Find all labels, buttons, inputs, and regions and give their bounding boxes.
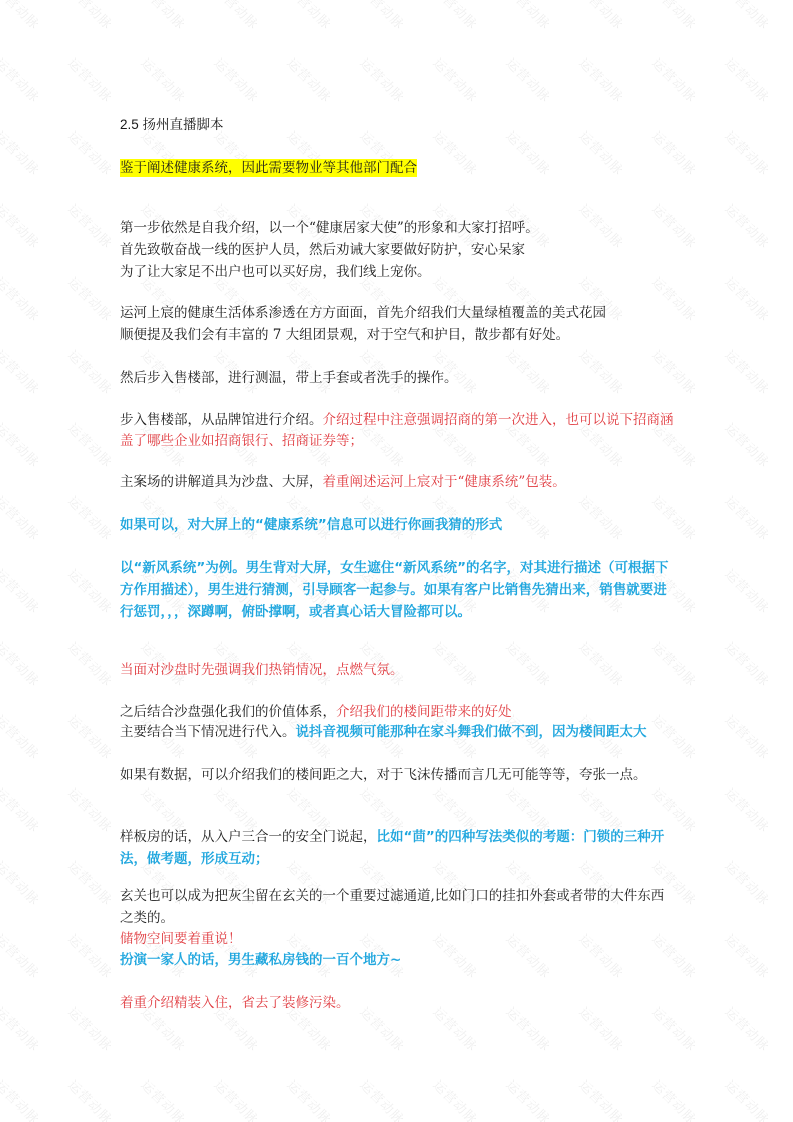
intro-line-3: 为了让大家足不出户也可以买好房，我们线上宠你。 (120, 262, 431, 283)
highlight-note: 鉴于阐述健康系统，因此需要物业等其他部门配合 (120, 158, 417, 179)
value-system-red: 介绍我们的楼间距带来的好处 (336, 704, 512, 720)
watermark-text: 运营动脉 (65, 272, 118, 325)
value-system-line: 之后结合沙盘强化我们的价值体系，介绍我们的楼间距带来的好处 (120, 702, 512, 723)
watermark-text: 运营动脉 (430, 0, 483, 33)
watermark-text: 运营动脉 (722, 53, 775, 106)
watermark-text: 运营动脉 (722, 929, 775, 982)
watermark-text: 运营动脉 (65, 783, 118, 836)
watermark-text: 运营动脉 (0, 1002, 45, 1055)
watermark-text: 运营动脉 (138, 0, 191, 33)
watermark-text: 运营动脉 (430, 929, 483, 982)
watermark-text: 运营动脉 (576, 929, 629, 982)
watermark-text: 运营动脉 (211, 0, 264, 33)
watermark-text: 运营动脉 (138, 1075, 191, 1122)
watermark-text: 运营动脉 (722, 710, 775, 763)
watermark-text: 运营动脉 (65, 1002, 118, 1055)
garden-line-1: 运河上宸的健康生活体系渗透在方方面面，首先介绍我们大量绿植覆盖的美式花园 (120, 303, 606, 324)
watermark-text: 运营动脉 (649, 491, 702, 544)
watermark-text: 运营动脉 (576, 126, 629, 179)
entrance-paragraph: 玄关也可以成为把灰尘留在玄关的一个重要过滤通道,比如门口的挂扣外套或者带的大件东… (120, 885, 676, 929)
watermark-text: 运营动脉 (722, 491, 775, 544)
main-hall-plain: 主案场的讲解道具为沙盘、大屏， (120, 474, 323, 490)
watermark-text: 运营动脉 (357, 1002, 410, 1055)
watermark-text: 运营动脉 (0, 710, 45, 763)
watermark-text: 运营动脉 (576, 345, 629, 398)
main-hall-red: 着重阐述运河上宸对于“健康系统”包装。 (323, 474, 566, 490)
watermark-text: 运营动脉 (503, 929, 556, 982)
watermark-text: 运营动脉 (576, 1002, 629, 1055)
watermark-text: 运营动脉 (0, 126, 45, 179)
watermark-text: 运营动脉 (65, 53, 118, 106)
watermark-text: 运营动脉 (649, 272, 702, 325)
watermark-text: 运营动脉 (0, 564, 45, 617)
intro-line-1: 第一步依然是自我介绍，以一个“健康居家大使”的形象和大家打招呼。 (120, 218, 539, 239)
watermark-text: 运营动脉 (649, 126, 702, 179)
watermark-text: 运营动脉 (284, 53, 337, 106)
watermark-text: 运营动脉 (357, 1075, 410, 1122)
showroom-plain: 样板房的话，从入户三合一的安全门说起， (120, 829, 377, 845)
watermark-text: 运营动脉 (430, 1075, 483, 1122)
watermark-text: 运营动脉 (65, 710, 118, 763)
watermark-text: 运营动脉 (65, 637, 118, 690)
watermark-text: 运营动脉 (0, 856, 45, 909)
watermark-text: 运营动脉 (0, 491, 45, 544)
watermark-text: 运营动脉 (722, 783, 775, 836)
watermark-text: 运营动脉 (65, 126, 118, 179)
watermark-text: 运营动脉 (722, 418, 775, 471)
main-hall-paragraph: 主案场的讲解道具为沙盘、大屏，着重阐述运河上宸对于“健康系统”包装。 (120, 472, 566, 493)
watermark-text: 运营动脉 (430, 637, 483, 690)
watermark-text: 运营动脉 (0, 53, 45, 106)
watermark-text: 运营动脉 (649, 345, 702, 398)
context-blue: 说抖音视频可能那种在家斗舞我们做不到，因为楼间距太大 (296, 724, 647, 740)
watermark-text: 运营动脉 (65, 491, 118, 544)
sandtable-hot: 当面对沙盘时先强调我们热销情况，点燃气氛。 (120, 660, 404, 681)
watermark-text: 运营动脉 (0, 0, 45, 33)
watermark-text: 运营动脉 (357, 53, 410, 106)
watermark-text: 运营动脉 (649, 199, 702, 252)
watermark-text: 运营动脉 (284, 0, 337, 33)
watermark-text: 运营动脉 (0, 199, 45, 252)
watermark-text: 运营动脉 (576, 637, 629, 690)
watermark-text: 运营动脉 (576, 199, 629, 252)
watermark-text: 运营动脉 (211, 1075, 264, 1122)
watermark-text: 运营动脉 (649, 0, 702, 33)
watermark-text: 运营动脉 (430, 53, 483, 106)
section-title: 2.5 扬州直播脚本 (120, 114, 224, 135)
watermark-text: 运营动脉 (722, 0, 775, 33)
roleplay-note: 扮演一家人的话，男生藏私房钱的一百个地方~ (120, 950, 401, 971)
highlighted-text: 鉴于阐述健康系统，因此需要物业等其他部门配合 (120, 159, 417, 177)
watermark-text: 运营动脉 (576, 491, 629, 544)
context-plain: 主要结合当下情况进行代入。 (120, 724, 296, 740)
storage-note: 储物空间要着重说！ (120, 929, 242, 950)
watermark-text: 运营动脉 (503, 491, 556, 544)
watermark-text: 运营动脉 (722, 856, 775, 909)
watermark-text: 运营动脉 (722, 272, 775, 325)
watermark-text: 运营动脉 (722, 564, 775, 617)
watermark-text: 运营动脉 (503, 126, 556, 179)
watermark-text: 运营动脉 (503, 345, 556, 398)
watermark-text: 运营动脉 (576, 0, 629, 33)
data-note: 如果有数据，可以介绍我们的楼间距之大，对于飞沫传播而言几无可能等等，夸张一点。 (120, 765, 647, 786)
watermark-text: 运营动脉 (0, 418, 45, 471)
brand-hall-paragraph: 步入售楼部，从品牌馆进行介绍。介绍过程中注意强调招商的第一次进入，也可以说下招商… (120, 410, 676, 452)
decoration-note: 着重介绍精装入住，省去了装修污染。 (120, 993, 350, 1014)
watermark-text: 运营动脉 (0, 783, 45, 836)
watermark-text: 运营动脉 (284, 1075, 337, 1122)
watermark-text: 运营动脉 (0, 929, 45, 982)
watermark-text: 运营动脉 (65, 418, 118, 471)
watermark-text: 运营动脉 (722, 1075, 775, 1122)
game-detail: 以“新风系统”为例。男生背对大屏，女生遮住“新风系统”的名字，对其进行描述（可根… (120, 557, 676, 623)
garden-line-2: 顺便提及我们会有丰富的 7 大组团景观，对于空气和护目，散步都有好处。 (120, 325, 569, 346)
watermark-text: 运营动脉 (649, 929, 702, 982)
watermark-text: 运营动脉 (65, 1075, 118, 1122)
showroom-paragraph: 样板房的话，从入户三合一的安全门说起，比如“茴”的四种写法类似的考题：门锁的三种… (120, 826, 676, 870)
watermark-text: 运营动脉 (649, 637, 702, 690)
value-system-plain: 之后结合沙盘强化我们的价值体系， (120, 704, 336, 720)
watermark-text: 运营动脉 (722, 126, 775, 179)
watermark-text: 运营动脉 (576, 1075, 629, 1122)
watermark-text: 运营动脉 (503, 1002, 556, 1055)
watermark-text: 运营动脉 (211, 53, 264, 106)
watermark-text: 运营动脉 (649, 710, 702, 763)
watermark-text: 运营动脉 (722, 637, 775, 690)
watermark-text: 运营动脉 (0, 1075, 45, 1122)
watermark-text: 运营动脉 (649, 53, 702, 106)
watermark-text: 运营动脉 (65, 199, 118, 252)
watermark-text: 运营动脉 (65, 856, 118, 909)
watermark-text: 运营动脉 (503, 53, 556, 106)
sales-office-paragraph: 然后步入售楼部，进行测温，带上手套或者洗手的操作。 (120, 368, 458, 389)
intro-line-2: 首先致敬奋战一线的医护人员，然后劝诫大家要做好防护，安心呆家 (120, 240, 525, 261)
context-line: 主要结合当下情况进行代入。说抖音视频可能那种在家斗舞我们做不到，因为楼间距太大 (120, 722, 647, 743)
watermark-text: 运营动脉 (65, 929, 118, 982)
watermark-text: 运营动脉 (722, 199, 775, 252)
brand-hall-plain: 步入售楼部，从品牌馆进行介绍。 (120, 412, 323, 428)
watermark-text: 运营动脉 (357, 0, 410, 33)
game-intro: 如果可以，对大屏上的“健康系统”信息可以进行你画我猜的形式 (120, 515, 502, 536)
watermark-text: 运营动脉 (503, 1075, 556, 1122)
watermark-text: 运营动脉 (503, 637, 556, 690)
watermark-text: 运营动脉 (503, 0, 556, 33)
watermark-text: 运营动脉 (722, 345, 775, 398)
watermark-text: 运营动脉 (65, 345, 118, 398)
watermark-text: 运营动脉 (649, 1075, 702, 1122)
watermark-text: 运营动脉 (722, 1002, 775, 1055)
watermark-text: 运营动脉 (0, 345, 45, 398)
watermark-text: 运营动脉 (65, 0, 118, 33)
watermark-text: 运营动脉 (649, 1002, 702, 1055)
watermark-text: 运营动脉 (138, 53, 191, 106)
watermark-text: 运营动脉 (0, 272, 45, 325)
watermark-text: 运营动脉 (0, 637, 45, 690)
watermark-text: 运营动脉 (576, 53, 629, 106)
watermark-text: 运营动脉 (430, 1002, 483, 1055)
watermark-text: 运营动脉 (65, 564, 118, 617)
watermark-text: 运营动脉 (430, 126, 483, 179)
